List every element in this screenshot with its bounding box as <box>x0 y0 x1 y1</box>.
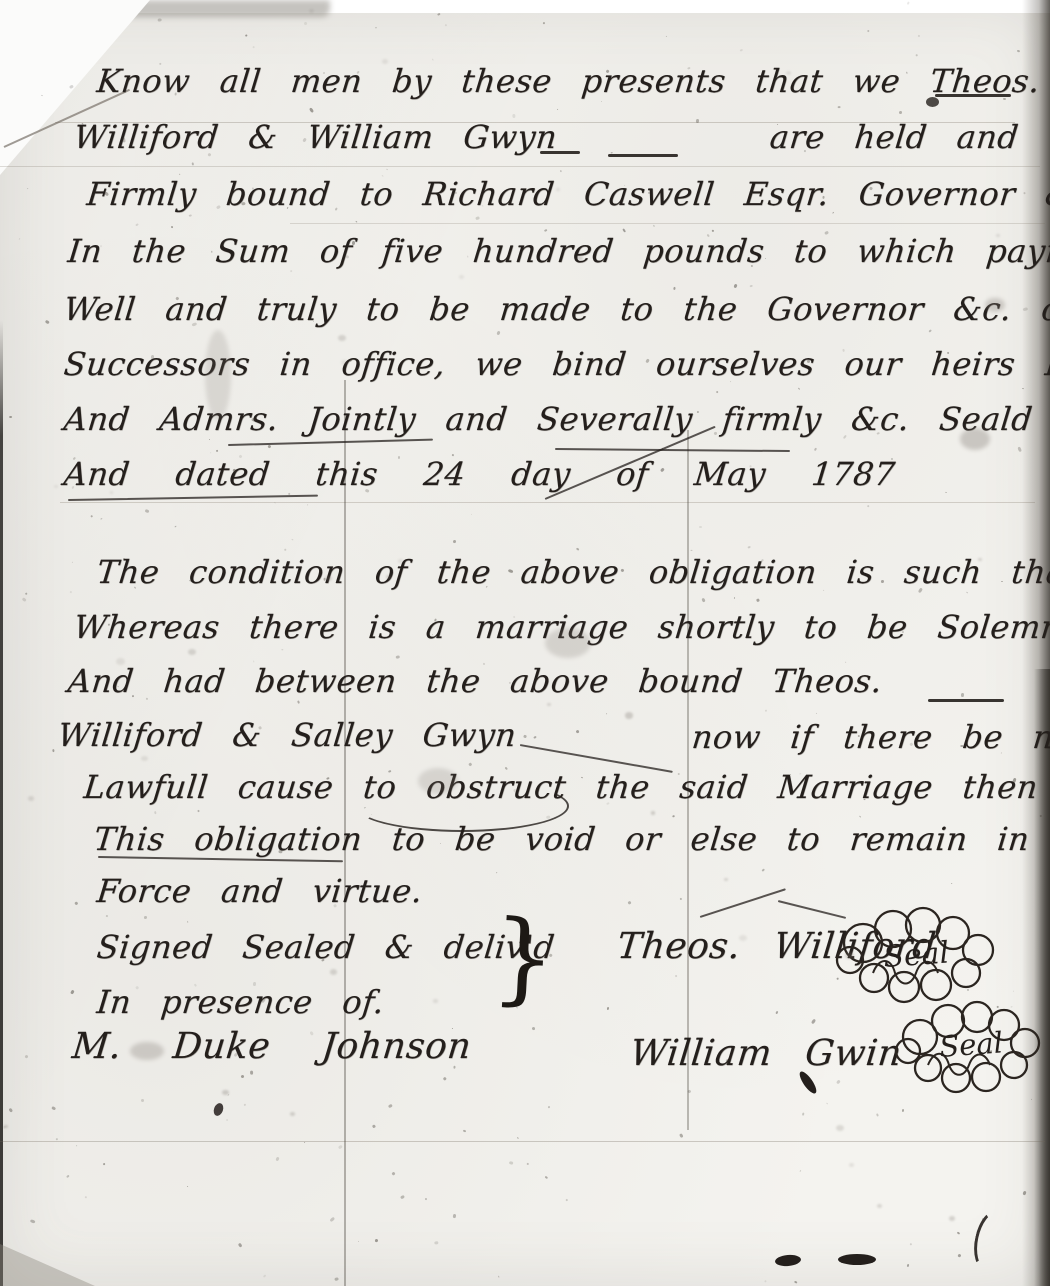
seal-label-second: Seal <box>938 1025 1004 1063</box>
fold-crease-horizontal-2 <box>0 166 1040 167</box>
manuscript-line-3: Firmly bound to Richard Caswell Esqr. Go… <box>85 175 1050 213</box>
manuscript-line-4: In the Sum of five hundred pounds to whi… <box>66 232 1050 270</box>
ink-squiggle <box>969 1207 1013 1273</box>
manuscript-line-1: Know all men by these presents that we T… <box>95 62 1042 100</box>
manuscript-line-12-rest: now if there be no <box>690 718 1050 756</box>
ink-blot <box>775 1254 802 1267</box>
manuscript-line-2-names: Williford & William Gwyn <box>72 118 559 156</box>
manuscript-line-8: And dated this 24 day of May 1787 <box>62 455 897 493</box>
ink-blot <box>212 1102 225 1117</box>
seal-label-first: Seal <box>882 935 950 975</box>
attestation-line-1: Signed Sealed & deliv'd <box>95 928 557 966</box>
fold-crease-horizontal-5 <box>0 1141 1045 1142</box>
manuscript-line-12-names: Williford & Salley Gwyn <box>56 716 518 754</box>
stain-smudge <box>418 768 458 794</box>
manuscript-line-9: The condition of the above obligation is… <box>95 553 1050 591</box>
stain-smudge <box>130 1042 164 1060</box>
ink-blot <box>926 97 939 107</box>
pen-underline-firmly <box>555 448 790 452</box>
paper-shadow-bottom-left <box>0 1244 95 1286</box>
stain-smudge <box>205 330 231 420</box>
ink-dash-line2-a <box>540 151 580 154</box>
manuscript-line-14: This obligation to be void or else to re… <box>92 820 1050 858</box>
pen-underline-jointly <box>228 439 433 446</box>
scanned-document-page: Know all men by these presents that we T… <box>0 0 1050 1286</box>
pen-flourish-caret-left <box>700 888 786 918</box>
manuscript-line-2-rest: are held and <box>768 118 1021 156</box>
stain-smudge <box>545 628 591 658</box>
ink-dash-line2-b <box>608 154 678 157</box>
manuscript-line-5: Well and truly to be made to the Governo… <box>62 290 1050 328</box>
ink-dash-line11 <box>928 699 1004 702</box>
manuscript-line-11: And had between the above bound Theos. <box>66 662 884 700</box>
stain-smudge <box>960 428 990 450</box>
attestation-line-2: In presence of. <box>95 983 386 1021</box>
seal-scribble-second: Seal <box>882 995 1050 1101</box>
attestation-brace: } <box>489 906 558 1009</box>
ink-blot <box>838 1254 876 1265</box>
fold-crease-horizontal-3 <box>290 223 1045 224</box>
scan-edge-right-dark <box>1034 669 1050 1286</box>
signature-william-gwin: William Gwin <box>628 1032 904 1075</box>
ink-dash-line1 <box>935 94 1011 97</box>
stain-smudge <box>985 298 1005 312</box>
manuscript-line-15: Force and virtue. <box>95 872 425 910</box>
pen-underline-dated <box>68 495 318 501</box>
seal-scribble-first: Seal <box>818 903 1010 1009</box>
fold-crease-horizontal-4 <box>60 502 1035 503</box>
